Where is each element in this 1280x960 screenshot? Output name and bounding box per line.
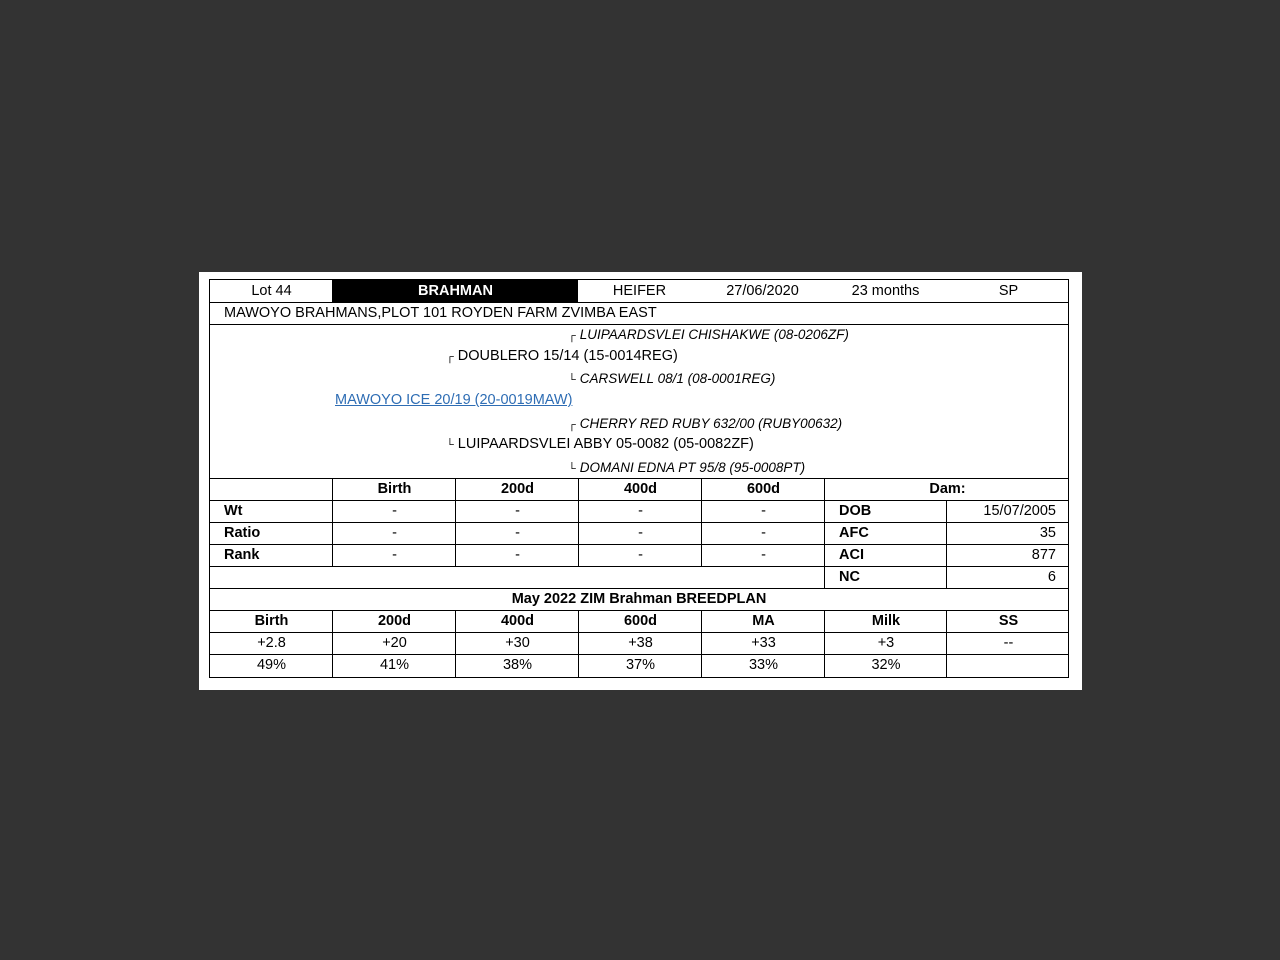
age-label: 23 months xyxy=(824,280,947,302)
bracket-bottom-icon: └ xyxy=(568,463,576,475)
pedigree-dam: └LUIPAARDSVLEI ABBY 05-0082 (05-0082ZF) xyxy=(446,436,754,452)
lot-header-row: Lot 44 BRAHMAN HEIFER 27/06/2020 23 mont… xyxy=(210,280,1068,302)
animal-name-link[interactable]: MAWOYO ICE 20/19 (20-0019MAW) xyxy=(335,392,572,408)
pedigree-dam-sire: ┌CHERRY RED RUBY 632/00 (RUBY00632) xyxy=(568,416,842,431)
dam-row-nc: NC 6 xyxy=(210,566,1068,588)
sex-label: HEIFER xyxy=(578,280,701,302)
breeder-address: MAWOYO BRAHMANS,PLOT 101 ROYDEN FARM ZVI… xyxy=(210,302,1068,324)
dam-title: Dam: xyxy=(825,478,1070,500)
bracket-top-icon: ┌ xyxy=(446,351,454,363)
bracket-top-icon: ┌ xyxy=(568,330,576,342)
code-label: SP xyxy=(947,280,1070,302)
perf-col-600d: 600d xyxy=(702,478,825,500)
pedigree-sire-sire: ┌LUIPAARDSVLEI CHISHAKWE (08-0206ZF) xyxy=(568,327,849,342)
breed-label: BRAHMAN xyxy=(333,280,578,302)
breedplan-accuracy-row: 49% 41% 38% 37% 33% 32% xyxy=(210,654,1068,676)
breedplan-title: May 2022 ZIM Brahman BREEDPLAN xyxy=(210,588,1068,610)
perf-col-400d: 400d xyxy=(579,478,702,500)
lot-number: Lot 44 xyxy=(210,280,333,302)
birth-date: 27/06/2020 xyxy=(701,280,824,302)
perf-row-wt: Wt - - - - DOB 15/07/2005 xyxy=(210,500,1068,522)
perf-col-birth: Birth xyxy=(333,478,456,500)
breedplan-title-row: May 2022 ZIM Brahman BREEDPLAN xyxy=(210,588,1068,610)
dam-label-afc: AFC xyxy=(825,522,947,544)
perf-col-200d: 200d xyxy=(456,478,579,500)
breedplan-ebv-row: +2.8 +20 +30 +38 +33 +3 -- xyxy=(210,632,1068,654)
dam-label-nc: NC xyxy=(825,566,947,588)
dam-value-nc: 6 xyxy=(947,566,1070,588)
dam-label-aci: ACI xyxy=(825,544,947,566)
perf-row-rank: Rank - - - - ACI 877 xyxy=(210,544,1068,566)
dam-value-dob: 15/07/2005 xyxy=(947,500,1070,522)
bracket-top-icon: ┌ xyxy=(568,419,576,431)
perf-row-ratio: Ratio - - - - AFC 35 xyxy=(210,522,1068,544)
dam-value-afc: 35 xyxy=(947,522,1070,544)
pedigree-sire-dam: └CARSWELL 08/1 (08-0001REG) xyxy=(568,371,775,386)
breeder-row: MAWOYO BRAHMANS,PLOT 101 ROYDEN FARM ZVI… xyxy=(210,302,1068,324)
lot-table: Lot 44 BRAHMAN HEIFER 27/06/2020 23 mont… xyxy=(209,279,1069,678)
dam-value-aci: 877 xyxy=(947,544,1070,566)
breedplan-header-row: Birth 200d 400d 600d MA Milk SS xyxy=(210,610,1068,632)
lot-card: Lot 44 BRAHMAN HEIFER 27/06/2020 23 mont… xyxy=(199,272,1082,690)
bracket-bottom-icon: └ xyxy=(446,439,454,451)
pedigree-dam-dam: └DOMANI EDNA PT 95/8 (95-0008PT) xyxy=(568,460,805,475)
performance-header-row: Birth 200d 400d 600d Dam: xyxy=(210,478,1068,500)
pedigree-section: ┌LUIPAARDSVLEI CHISHAKWE (08-0206ZF) ┌DO… xyxy=(210,324,1068,478)
dam-label-dob: DOB xyxy=(825,500,947,522)
bracket-bottom-icon: └ xyxy=(568,374,576,386)
pedigree-sire: ┌DOUBLERO 15/14 (15-0014REG) xyxy=(446,348,678,364)
